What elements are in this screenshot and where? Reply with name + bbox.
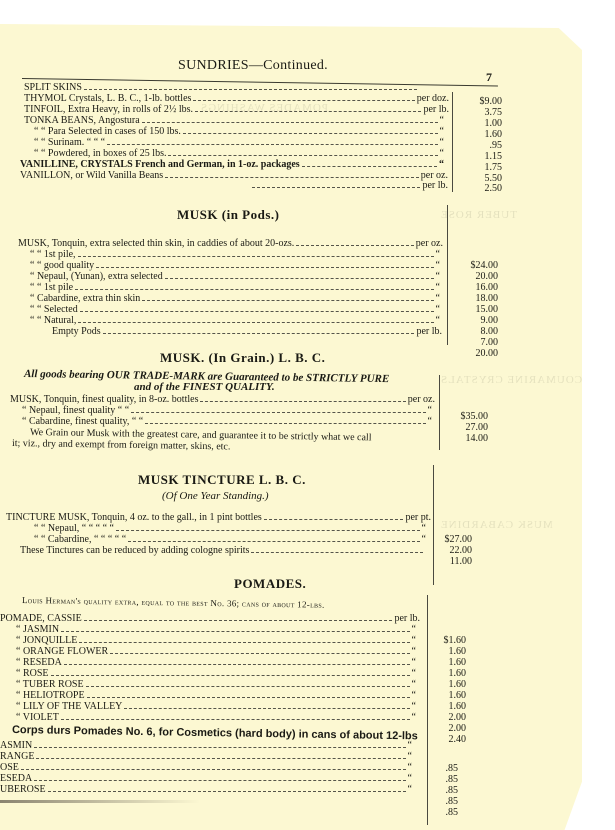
leader-dots [145, 417, 425, 424]
item-label: “ VIOLET [16, 712, 59, 723]
list-item: Empty Podsper lb. [52, 326, 442, 337]
leader-dots [142, 294, 433, 301]
item-unit: per lb. [394, 613, 420, 624]
item-label: THYMOL Crystals, L. B. C., 1-lb. bottles [24, 93, 191, 104]
list-item: “ LILY OF THE VALLEY“ [16, 701, 416, 712]
list-item: “ RESEDA“ [16, 657, 416, 668]
page-title: SUNDRIES—Continued. [178, 58, 328, 74]
section-title-pomades: POMADES. [234, 576, 306, 592]
leader-dots [142, 116, 438, 123]
leader-dots [195, 105, 421, 112]
item-price: 3.75 [460, 107, 502, 118]
item-label: MUSK, Tonquin, extra selected thin skin,… [18, 238, 294, 249]
list-item: “ Cabardine, extra thin skin“ [30, 293, 440, 304]
list-item: “ “ 1st pile,“ [30, 249, 440, 260]
list-item: “ “ Natural,“ [30, 315, 440, 326]
leader-dots [124, 702, 409, 709]
leader-dots [75, 283, 434, 290]
item-unit: “ [422, 534, 426, 545]
item-price: 1.00 [460, 118, 502, 129]
leader-dots [103, 327, 415, 334]
item-unit: “ [440, 126, 444, 137]
item-label: TONKA BEANS, Angostura [24, 115, 140, 126]
item-label: “ “ good quality [30, 260, 94, 271]
list-item: “ HELIOTROPE“ [16, 690, 416, 701]
list-item: “ Cabardine, finest quality, “ ““ [22, 416, 432, 427]
item-price: .85 [416, 796, 458, 807]
list-item: “ “ Para Selected in cases of 150 lbs.“ [34, 126, 444, 137]
item-price: 1.60 [424, 690, 466, 701]
item-price: $27.00 [430, 534, 472, 545]
list-item: “ Nepaul, (Yunan), extra selected“ [30, 271, 440, 282]
list-item: “ “ Cabardine, “ “ “ “ ““ [34, 534, 426, 545]
leader-dots [200, 395, 405, 402]
item-unit: “ [412, 712, 416, 723]
item-label: “ Cabardine, extra thin skin [30, 293, 140, 304]
item-unit: per pt. [405, 512, 431, 523]
item-label: “ “ Cabardine, “ “ “ “ “ [34, 534, 126, 545]
item-unit: “ [408, 740, 412, 751]
item-price: 16.00 [456, 282, 498, 293]
item-price: .85 [416, 763, 458, 774]
list-item: “ ROSE“ [16, 668, 416, 679]
item-price: .85 [416, 785, 458, 796]
bleed-through-text: COUMARINE CRYSTALS [440, 374, 582, 386]
price-column-rule [439, 375, 440, 450]
item-unit: per oz. [416, 238, 443, 249]
list-item: TONKA BEANS, Angostura“ [24, 115, 444, 126]
item-unit: per lb. [416, 326, 442, 337]
list-item: “ “ Powdered, in boxes of 25 lbs.“ [34, 148, 444, 159]
item-price: 27.00 [446, 422, 488, 433]
item-price: 1.60 [424, 679, 466, 690]
list-item: “ Nepaul, finest quality “ ““ [22, 405, 432, 416]
list-item: “ “ 1st pile“ [30, 282, 440, 293]
leader-dots [61, 625, 409, 632]
item-unit: “ [440, 115, 444, 126]
item-price: 2.00 [424, 723, 466, 734]
price-column-rule [452, 92, 453, 192]
leader-dots [78, 250, 434, 257]
item-unit: per oz. [408, 394, 435, 405]
leader-dots [79, 636, 409, 643]
item-price: 1.60 [424, 646, 466, 657]
list-item: VANILLINE, CRYSTALS French and German, i… [20, 159, 444, 170]
list-item: ESEDA“ [0, 773, 412, 784]
leader-dots [96, 261, 433, 268]
item-price: $35.00 [446, 411, 488, 422]
item-label: “ JONQUILLE [16, 635, 77, 646]
list-item: MUSK, Tonquin, finest quality, in 8-oz. … [10, 394, 435, 405]
leader-dots [183, 127, 438, 134]
leader-dots [36, 752, 405, 759]
item-label: ESEDA [0, 773, 32, 784]
leader-dots [116, 524, 420, 531]
list-item: TINFOIL, Extra Heavy, in rolls of 2½ lbs… [24, 104, 449, 115]
leader-dots [252, 181, 420, 188]
leader-dots [21, 763, 406, 770]
item-unit: “ [436, 282, 440, 293]
list-item: “ JASMIN“ [16, 624, 416, 635]
item-label: “ “ Nepaul, “ “ “ “ “ [34, 523, 114, 534]
item-label: “ ORANGE FLOWER [16, 646, 108, 657]
item-price: 22.00 [430, 545, 472, 556]
leader-dots [264, 513, 404, 520]
item-price: $1.60 [424, 635, 466, 646]
item-label: TINCTURE MUSK, Tonquin, 4 oz. to the gal… [6, 512, 262, 523]
list-item: “ VIOLET“ [16, 712, 416, 723]
leader-dots [128, 535, 419, 542]
section-title-musk-pods: MUSK (in Pods.) [177, 207, 279, 223]
leader-dots [78, 316, 433, 323]
item-label: “ LILY OF THE VALLEY [16, 701, 122, 712]
item-unit: per doz. [417, 93, 449, 104]
item-price: $9.00 [460, 96, 502, 107]
leader-dots [61, 713, 410, 720]
leader-dots [165, 171, 419, 178]
leader-dots [251, 546, 423, 553]
item-unit: “ [412, 624, 416, 635]
item-label: “ “ Para Selected in cases of 150 lbs. [34, 126, 181, 137]
list-item: POMADE, CASSIEper lb. [0, 613, 420, 624]
bleed-through-text: TUBER ROSE [440, 209, 517, 221]
list-item: RANGE“ [0, 751, 412, 762]
leader-dots [165, 272, 434, 279]
section-title-musk-tincture: MUSK TINCTURE L. B. C. [138, 472, 306, 488]
item-price: 20.00 [456, 348, 498, 359]
item-unit: “ [436, 315, 440, 326]
item-price: 11.00 [430, 556, 472, 567]
item-label: ASMIN [0, 740, 32, 751]
leader-dots [80, 305, 434, 312]
list-item: UBEROSE“ [0, 784, 412, 795]
tincture-subtitle: (Of One Year Standing.) [162, 490, 269, 502]
tincture-note: These Tinctures can be reduced by adding… [20, 545, 249, 556]
price-column-rule [433, 465, 434, 585]
item-label: “ “ Powdered, in boxes of 25 lbs. [34, 148, 166, 159]
leader-dots [107, 138, 437, 145]
item-unit: “ [412, 701, 416, 712]
item-price: 8.00 [456, 326, 498, 337]
leader-dots [34, 741, 405, 748]
item-price: .85 [416, 774, 458, 785]
leader-dots [87, 691, 410, 698]
leader-dots [34, 774, 405, 781]
list-item: MUSK, Tonquin, extra selected thin skin,… [18, 238, 443, 249]
item-label: “ Cabardine, finest quality, “ “ [22, 416, 143, 427]
item-price: $24.00 [456, 260, 498, 271]
page-edge-shadow [0, 800, 200, 803]
item-unit: “ [436, 249, 440, 260]
item-unit: per lb. [423, 104, 449, 115]
item-unit: “ [436, 304, 440, 315]
list-item: “ TUBER ROSE“ [16, 679, 416, 690]
leader-dots [48, 785, 406, 792]
bleed-through-text: MUSK CABARDINE [440, 519, 553, 531]
leader-dots [302, 160, 437, 167]
section-title-musk-grain: MUSK. (In Grain.) L. B. C. [160, 350, 325, 366]
item-label: OSE [0, 762, 19, 773]
page-number: 7 [486, 70, 492, 85]
item-label: MUSK, Tonquin, finest quality, in 8-oz. … [10, 394, 198, 405]
item-label: “ RESEDA [16, 657, 62, 668]
item-unit: “ [440, 148, 444, 159]
item-price: 20.00 [456, 271, 498, 282]
item-unit: “ [412, 635, 416, 646]
item-unit: per lb. [422, 180, 448, 191]
item-unit: “ [408, 784, 412, 795]
item-label: “ TUBER ROSE [16, 679, 84, 690]
list-item: THYMOL Crystals, L. B. C., 1-lb. bottles… [24, 93, 449, 104]
list-item: “ JONQUILLE“ [16, 635, 416, 646]
item-price: 1.15 [460, 151, 502, 162]
item-unit: “ [440, 137, 444, 148]
item-price: .95 [460, 140, 502, 151]
list-item: per lb. [250, 180, 448, 191]
item-label: “ HELIOTROPE [16, 690, 85, 701]
leader-dots [64, 658, 410, 665]
list-item: TINCTURE MUSK, Tonquin, 4 oz. to the gal… [6, 512, 431, 523]
item-price: 15.00 [456, 304, 498, 315]
item-unit: “ [439, 159, 444, 170]
item-unit: “ [422, 523, 426, 534]
item-unit: “ [428, 405, 432, 416]
item-label: “ “ 1st pile [30, 282, 73, 293]
item-unit: “ [408, 762, 412, 773]
item-label: VANILLON, or Wild Vanilla Beans [20, 170, 163, 181]
leader-dots [110, 647, 409, 654]
item-label: RANGE [0, 751, 34, 762]
item-label: TINFOIL, Extra Heavy, in rolls of 2½ lbs… [24, 104, 193, 115]
item-label: “ JASMIN [16, 624, 59, 635]
item-price: 1.60 [424, 668, 466, 679]
item-label: “ ROSE [16, 668, 49, 679]
item-label: UBEROSE [0, 784, 46, 795]
leader-dots [131, 406, 425, 413]
item-label: “ “ 1st pile, [30, 249, 76, 260]
item-unit: “ [436, 271, 440, 282]
item-price: 2.40 [424, 734, 466, 745]
item-unit: “ [408, 773, 412, 784]
leader-dots [168, 149, 437, 156]
item-label: “ “ Selected [30, 304, 78, 315]
item-price: 9.00 [456, 315, 498, 326]
item-price: 1.60 [424, 701, 466, 712]
list-item: “ “ Selected“ [30, 304, 440, 315]
list-item: ASMIN“ [0, 740, 412, 751]
leader-dots [193, 94, 414, 101]
list-item: “ “ Nepaul, “ “ “ “ ““ [34, 523, 426, 534]
item-price: .85 [416, 807, 458, 818]
item-price: 18.00 [456, 293, 498, 304]
leader-dots [51, 669, 410, 676]
trademark-guarantee-2: and of the FINEST QUALITY. [134, 381, 275, 393]
item-label: “ Nepaul, (Yunan), extra selected [30, 271, 163, 282]
leader-dots [296, 239, 413, 246]
item-price: 1.60 [424, 657, 466, 668]
list-item: “ “ Surinam. “ “ ““ [34, 137, 444, 148]
list-item: OSE“ [0, 762, 412, 773]
item-label: Empty Pods [52, 326, 101, 337]
list-item: “ ORANGE FLOWER“ [16, 646, 416, 657]
item-price: 14.00 [446, 433, 488, 444]
item-unit: “ [412, 679, 416, 690]
price-column-rule [447, 205, 448, 345]
item-unit: “ [412, 646, 416, 657]
item-unit: “ [428, 416, 432, 427]
item-label: “ “ Surinam. “ “ “ [34, 137, 105, 148]
item-unit: “ [436, 260, 440, 271]
leader-dots [84, 614, 393, 621]
item-unit: “ [412, 657, 416, 668]
item-price: 7.00 [456, 337, 498, 348]
item-unit: “ [412, 668, 416, 679]
list-item: “ “ good quality“ [30, 260, 440, 271]
item-unit: “ [408, 751, 412, 762]
item-price: 2.50 [460, 183, 502, 194]
item-price: 1.75 [460, 162, 502, 173]
leader-dots [86, 680, 410, 687]
item-price: 1.60 [460, 129, 502, 140]
list-item-dots: SPLIT SKINS [24, 82, 419, 93]
item-unit: “ [412, 690, 416, 701]
list-item: These Tinctures can be reduced by adding… [20, 545, 425, 556]
item-label: “ “ Natural, [30, 315, 76, 326]
item-unit: “ [436, 293, 440, 304]
leader-dots [84, 83, 417, 90]
item-price: 2.00 [424, 712, 466, 723]
item-label: POMADE, CASSIE [0, 613, 82, 624]
item-label: VANILLINE, CRYSTALS French and German, i… [20, 159, 300, 170]
item-label: “ Nepaul, finest quality “ “ [22, 405, 129, 416]
